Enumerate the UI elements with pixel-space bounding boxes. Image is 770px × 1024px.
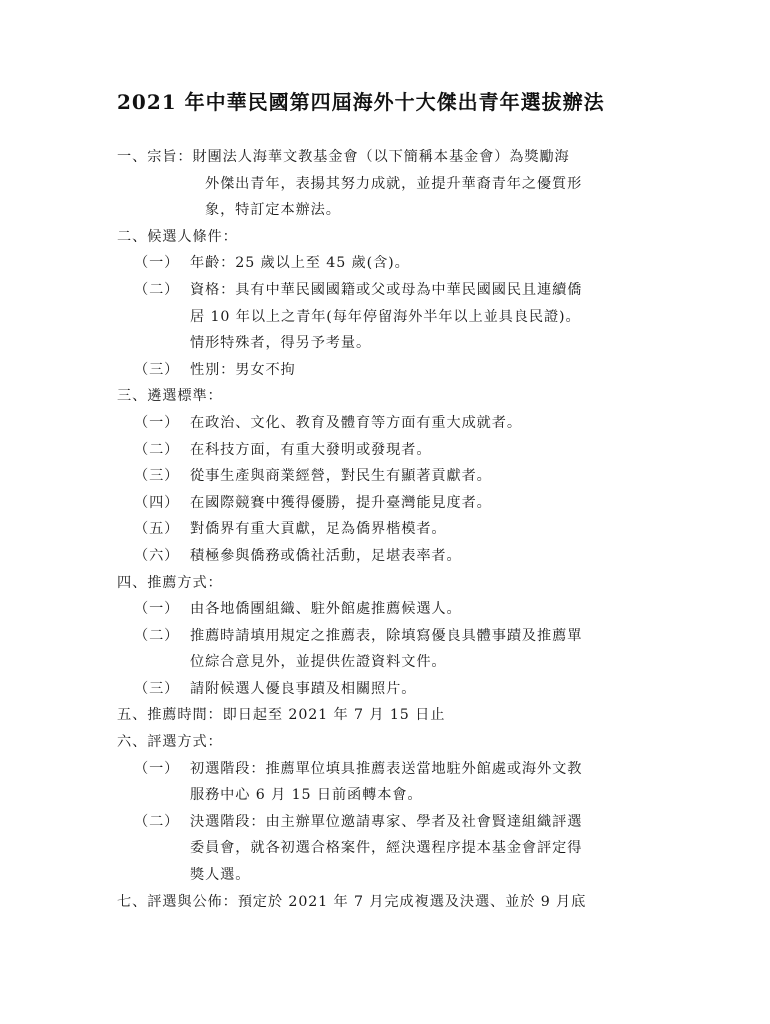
list-item: （六）積極參與僑務或僑社活動，足堪表率者。 [117,543,662,570]
item-number: （一） [134,596,190,623]
item-number: （三） [134,676,190,703]
section-number: 一、 [117,144,147,171]
section-text: 即日起至 2021 年 7 月 15 日止 [223,707,446,723]
section-7-evaluation-announcement: 七、評選與公佈：預定於 2021 年 7 月完成複選及決選、並於 9 月底 [117,889,662,916]
item-text: 性別：男女不拘 [190,362,296,378]
item-text-continued: 位綜合意見外，並提供佐證資料文件。 [117,649,662,676]
item-text: 在政治、文化、教育及體育等方面有重大成就者。 [190,415,522,431]
section-heading: 宗旨： [147,149,192,165]
section-6-evaluation-method: 六、評選方式： [117,729,662,756]
section-5-nomination-period: 五、推薦時間：即日起至 2021 年 7 月 15 日止 [117,702,662,729]
section-heading: 評選與公佈： [147,894,238,910]
item-text-continued: 服務中心 6 月 15 日前函轉本會。 [117,782,662,809]
section-heading: 評選方式： [147,734,222,750]
item-text: 在國際競賽中獲得優勝，提升臺灣能見度者。 [190,495,492,511]
section-3-selection-criteria: 三、遴選標準： [117,383,662,410]
list-item: （一）在政治、文化、教育及體育等方面有重大成就者。 [117,410,662,437]
document-page: 2021 年中華民國第四屆海外十大傑出青年選拔辦法 一、宗旨：財團法人海華文教基… [0,0,770,1024]
list-item: （二）決選階段：由主辦單位邀請專家、學者及社會賢達組織評選 [117,809,662,836]
item-text: 對僑界有重大貢獻，足為僑界楷模者。 [190,521,447,537]
document-title: 2021 年中華民國第四屆海外十大傑出青年選拔辦法 [117,86,677,115]
section-heading: 遴選標準： [147,388,222,404]
item-text-continued: 獎人選。 [117,862,662,889]
section-heading: 推薦時間： [147,707,222,723]
section-heading: 候選人條件： [147,229,238,245]
section-number: 五、 [117,702,147,729]
document-body: 一、宗旨：財團法人海華文教基金會（以下簡稱本基金會）為獎勵海 外傑出青年，表揚其… [117,144,662,915]
item-number: （三） [134,357,190,384]
section-number: 二、 [117,224,147,251]
item-text-continued: 情形特殊者，得另予考量。 [117,330,662,357]
section-number: 六、 [117,729,147,756]
item-text-continued: 委員會，就各初選合格案件，經決選程序提本基金會評定得 [117,835,662,862]
section-text: 財團法人海華文教基金會（以下簡稱本基金會）為獎勵海 [192,149,569,165]
section-text: 預定於 2021 年 7 月完成複選及決選、並於 9 月底 [238,894,587,910]
section-text-continued: 外傑出青年，表揚其努力成就，並提升華裔青年之優質形 [117,171,662,198]
item-text: 由各地僑團組織、駐外館處推薦候選人。 [190,601,462,617]
list-item: （三）請附候選人優良事蹟及相關照片。 [117,676,662,703]
section-number: 四、 [117,570,147,597]
item-text: 積極參與僑務或僑社活動，足堪表率者。 [190,548,462,564]
list-item: （二）在科技方面，有重大發明或發現者。 [117,437,662,464]
list-item: （二）推薦時請填用規定之推薦表，除填寫優良具體事蹟及推薦單 [117,623,662,650]
list-item: （一）年齡：25 歲以上至 45 歲(含)。 [117,250,662,277]
section-number: 三、 [117,383,147,410]
list-item: （五）對僑界有重大貢獻，足為僑界楷模者。 [117,516,662,543]
list-item: （一）由各地僑團組織、駐外館處推薦候選人。 [117,596,662,623]
item-number: （一） [134,250,190,277]
item-text: 年齡：25 歲以上至 45 歲(含)。 [190,255,410,271]
section-text-continued: 象，特訂定本辦法。 [117,197,662,224]
section-heading: 推薦方式： [147,575,222,591]
item-text: 初選階段：推薦單位填具推薦表送當地駐外館處或海外文教 [190,761,582,777]
list-item: （三）性別：男女不拘 [117,357,662,384]
item-number: （一） [134,410,190,437]
item-number: （五） [134,516,190,543]
item-text: 從事生產與商業經營，對民生有顯著貢獻者。 [190,468,492,484]
item-text: 推薦時請填用規定之推薦表，除填寫優良具體事蹟及推薦單 [190,628,582,644]
item-text: 資格：具有中華民國國籍或父或母為中華民國國民且連續僑 [190,282,582,298]
item-number: （一） [134,756,190,783]
list-item: （四）在國際競賽中獲得優勝，提升臺灣能見度者。 [117,490,662,517]
list-item: （三）從事生產與商業經營，對民生有顯著貢獻者。 [117,463,662,490]
item-number: （三） [134,463,190,490]
item-number: （四） [134,490,190,517]
list-item: （二）資格：具有中華民國國籍或父或母為中華民國國民且連續僑 [117,277,662,304]
item-number: （六） [134,543,190,570]
item-text: 請附候選人優良事蹟及相關照片。 [190,681,416,697]
item-number: （二） [134,623,190,650]
item-number: （二） [134,809,190,836]
list-item: （一）初選階段：推薦單位填具推薦表送當地駐外館處或海外文教 [117,756,662,783]
item-text: 在科技方面，有重大發明或發現者。 [190,442,431,458]
item-number: （二） [134,277,190,304]
item-text: 決選階段：由主辦單位邀請專家、學者及社會賢達組織評選 [190,814,582,830]
item-text-continued: 居 10 年以上之青年(每年停留海外半年以上並具良民證)。 [117,304,662,331]
section-4-nomination-method: 四、推薦方式： [117,570,662,597]
section-number: 七、 [117,889,147,916]
section-2-candidate-requirements: 二、候選人條件： [117,224,662,251]
section-1-purpose: 一、宗旨：財團法人海華文教基金會（以下簡稱本基金會）為獎勵海 [117,144,662,171]
item-number: （二） [134,437,190,464]
